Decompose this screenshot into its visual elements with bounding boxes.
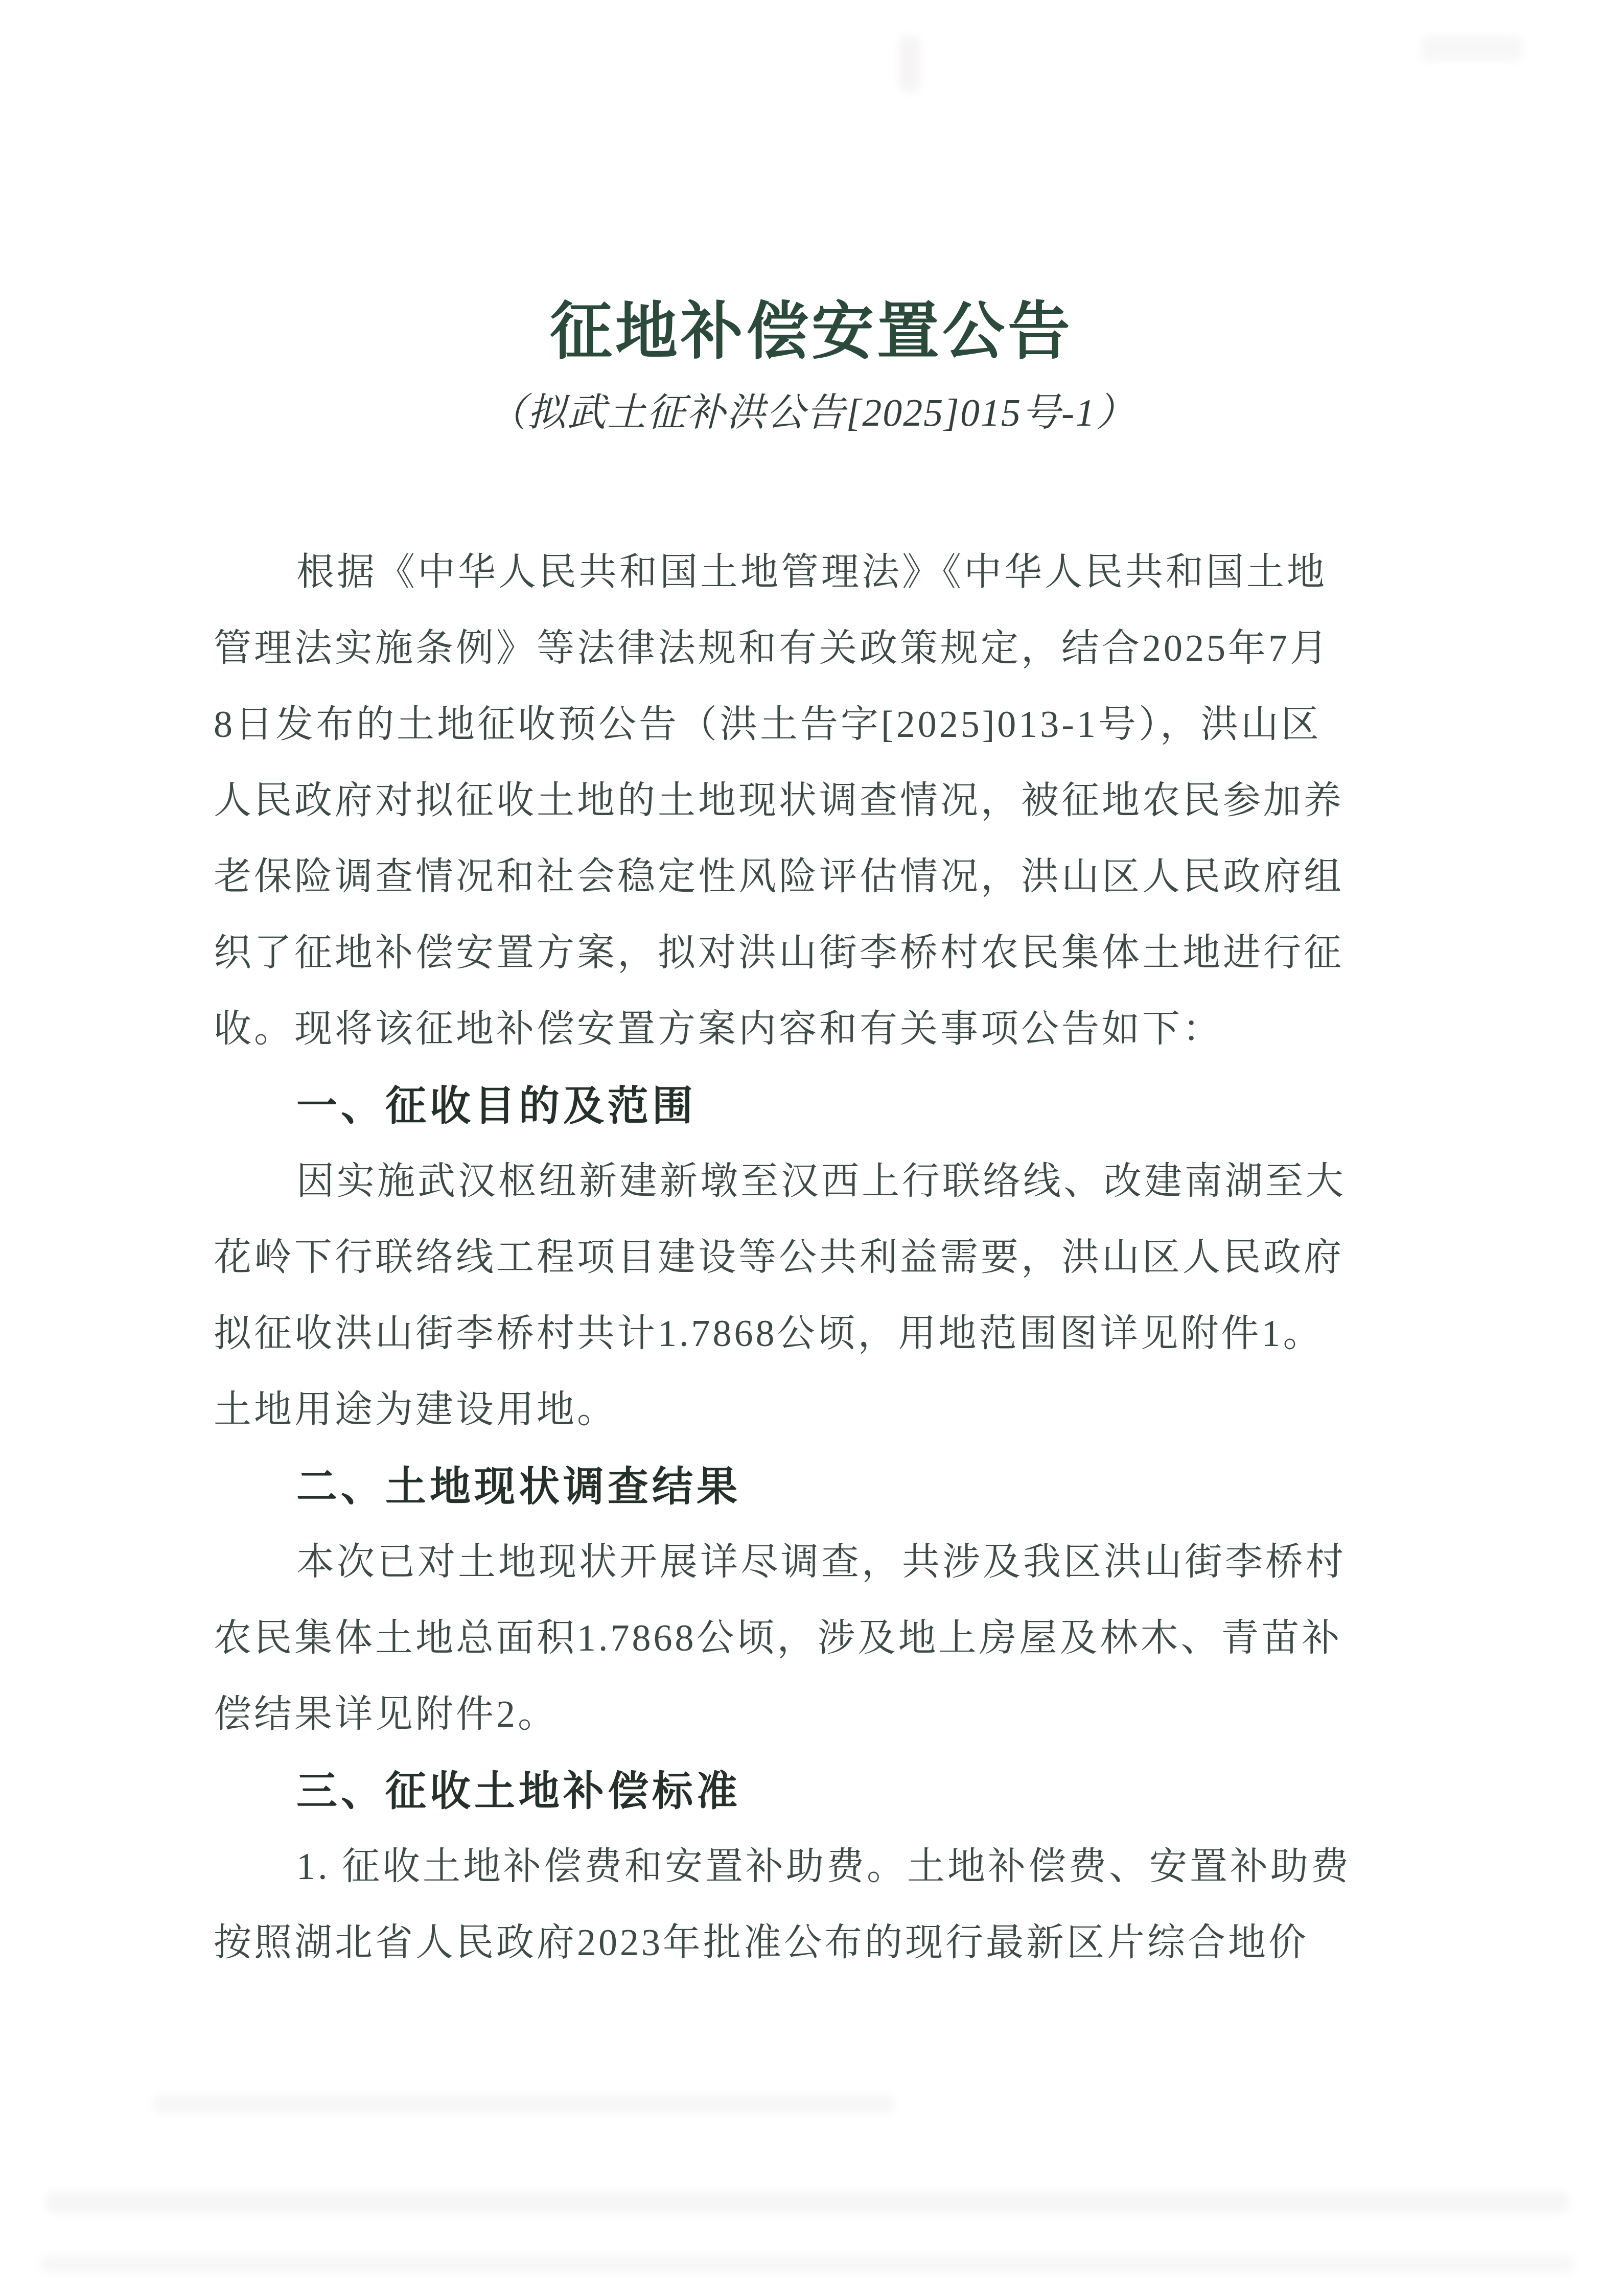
section-heading: 二、土地现状调查结果 (214, 1448, 1415, 1524)
body-line: 拟征收洪山街李桥村共计1.7868公顷，用地范围图详见附件1。 (214, 1296, 1415, 1372)
doc-number: （拟武土征补洪公告[2025]015号-1） (0, 387, 1623, 438)
scan-artifact (1421, 36, 1523, 61)
scan-artifact (46, 2192, 1569, 2213)
body-line: 织了征地补偿安置方案，拟对洪山街李桥村农民集体土地进行征 (214, 915, 1415, 991)
body-line: 老保险调查情况和社会稳定性风险评估情况，洪山区人民政府组 (214, 839, 1415, 915)
body-line: 农民集体土地总面积1.7868公顷，涉及地上房屋及林木、青苗补 (214, 1601, 1415, 1677)
section-heading: 一、征收目的及范围 (214, 1068, 1415, 1144)
scan-artifact (41, 2256, 1574, 2271)
body-line: 管理法实施条例》等法律法规和有关政策规定，结合2025年7月 (214, 611, 1415, 687)
body-line: 花岭下行联络线工程项目建设等公共利益需要，洪山区人民政府 (214, 1220, 1415, 1296)
scan-artifact (153, 2095, 894, 2113)
body-line: 偿结果详见附件2。 (214, 1677, 1415, 1753)
section-heading: 三、征收土地补偿标准 (214, 1753, 1415, 1829)
body-line: 根据《中华人民共和国土地管理法》《中华人民共和国土地 (214, 535, 1415, 611)
doc-body: 根据《中华人民共和国土地管理法》《中华人民共和国土地 管理法实施条例》等法律法规… (214, 535, 1415, 1981)
document-page: 征地补偿安置公告 （拟武土征补洪公告[2025]015号-1） 根据《中华人民共… (0, 0, 1623, 2296)
scan-artifact (899, 36, 920, 92)
body-line: 1. 征收土地补偿费和安置补助费。土地补偿费、安置补助费 (214, 1829, 1415, 1905)
body-line: 因实施武汉枢纽新建新墩至汉西上行联络线、改建南湖至大 (214, 1144, 1415, 1220)
body-line: 按照湖北省人民政府2023年批准公布的现行最新区片综合地价 (214, 1905, 1415, 1981)
body-line: 收。现将该征地补偿安置方案内容和有关事项公告如下： (214, 991, 1415, 1068)
body-line: 人民政府对拟征收土地的土地现状调查情况，被征地农民参加养 (214, 763, 1415, 839)
doc-title: 征地补偿安置公告 (0, 295, 1623, 367)
body-line: 土地用途为建设用地。 (214, 1372, 1415, 1448)
body-line: 8日发布的土地征收预公告（洪土告字[2025]013-1号），洪山区 (214, 687, 1415, 763)
body-line: 本次已对土地现状开展详尽调查，共涉及我区洪山街李桥村 (214, 1524, 1415, 1601)
